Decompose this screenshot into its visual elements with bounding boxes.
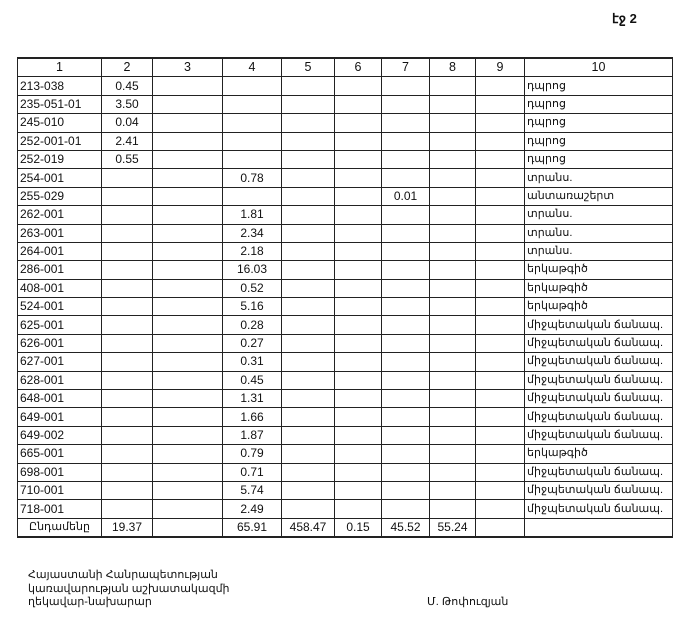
total-cell: 0.15 xyxy=(335,518,382,537)
area-cell xyxy=(382,353,430,371)
area-cell: 1.66 xyxy=(223,408,282,426)
area-cell xyxy=(282,445,335,463)
land-use-cell: միջպետական ճանապ. xyxy=(525,408,673,426)
land-use-cell: միջպետական ճանապ. xyxy=(525,463,673,481)
area-cell: 0.78 xyxy=(223,169,282,187)
area-cell xyxy=(223,150,282,168)
area-cell xyxy=(430,390,476,408)
plot-code-cell: 628-001 xyxy=(18,371,102,389)
area-cell xyxy=(335,445,382,463)
area-cell xyxy=(430,95,476,113)
area-cell xyxy=(335,279,382,297)
area-cell xyxy=(430,298,476,316)
area-cell xyxy=(102,298,153,316)
total-cell xyxy=(525,518,673,537)
land-use-cell: դպրոց xyxy=(525,77,673,95)
total-cell xyxy=(476,518,525,537)
column-header: 7 xyxy=(382,58,430,77)
area-cell xyxy=(335,224,382,242)
area-cell xyxy=(430,224,476,242)
area-cell xyxy=(335,114,382,132)
area-cell xyxy=(430,463,476,481)
column-header: 8 xyxy=(430,58,476,77)
area-cell: 5.16 xyxy=(223,298,282,316)
land-use-cell: միջպետական ճանապ. xyxy=(525,426,673,444)
area-cell xyxy=(282,224,335,242)
table-row: 710-0015.74միջպետական ճանապ. xyxy=(18,481,673,499)
area-cell xyxy=(102,206,153,224)
area-cell xyxy=(430,242,476,260)
area-cell: 0.01 xyxy=(382,187,430,205)
area-cell xyxy=(476,353,525,371)
area-cell xyxy=(430,187,476,205)
area-cell xyxy=(153,242,223,260)
plot-code-cell: 264-001 xyxy=(18,242,102,260)
area-cell xyxy=(382,481,430,499)
area-cell xyxy=(382,169,430,187)
table-row: 263-0012.34տրանս. xyxy=(18,224,673,242)
area-cell xyxy=(153,298,223,316)
area-cell xyxy=(223,187,282,205)
area-cell: 0.52 xyxy=(223,279,282,297)
area-cell xyxy=(476,481,525,499)
area-cell xyxy=(335,169,382,187)
area-cell xyxy=(430,279,476,297)
table-row: 628-0010.45միջպետական ճանապ. xyxy=(18,371,673,389)
table-row: 698-0010.71միջպետական ճանապ. xyxy=(18,463,673,481)
area-cell xyxy=(282,279,335,297)
area-cell xyxy=(382,77,430,95)
plot-code-cell: 718-001 xyxy=(18,500,102,518)
land-use-cell: դպրոց xyxy=(525,150,673,168)
table-row: 718-0012.49միջպետական ճանապ. xyxy=(18,500,673,518)
area-cell xyxy=(430,169,476,187)
table-row: 286-00116.03երկաթգիծ xyxy=(18,261,673,279)
area-cell xyxy=(282,408,335,426)
total-cell: 55.24 xyxy=(430,518,476,537)
land-use-cell: միջպետական ճանապ. xyxy=(525,334,673,352)
table-row: 524-0015.16երկաթգիծ xyxy=(18,298,673,316)
land-use-cell: երկաթգիծ xyxy=(525,261,673,279)
area-cell: 0.28 xyxy=(223,316,282,334)
column-header: 6 xyxy=(335,58,382,77)
area-cell: 2.34 xyxy=(223,224,282,242)
area-cell xyxy=(153,334,223,352)
area-cell xyxy=(476,206,525,224)
table-row: 665-0010.79երկաթգիծ xyxy=(18,445,673,463)
plot-code-cell: 263-001 xyxy=(18,224,102,242)
land-use-cell: միջպետական ճանապ. xyxy=(525,500,673,518)
land-use-cell: դպրոց xyxy=(525,114,673,132)
area-cell xyxy=(282,316,335,334)
area-cell xyxy=(223,95,282,113)
area-cell xyxy=(476,114,525,132)
area-cell xyxy=(382,206,430,224)
area-cell xyxy=(282,187,335,205)
area-cell xyxy=(382,298,430,316)
area-cell xyxy=(282,169,335,187)
area-cell xyxy=(382,334,430,352)
area-cell xyxy=(153,353,223,371)
area-cell xyxy=(382,95,430,113)
column-header: 3 xyxy=(153,58,223,77)
area-cell xyxy=(430,150,476,168)
plot-code-cell: 665-001 xyxy=(18,445,102,463)
plot-code-cell: 626-001 xyxy=(18,334,102,352)
area-cell xyxy=(430,426,476,444)
land-use-cell: միջպետական ճանապ. xyxy=(525,371,673,389)
total-cell: 19.37 xyxy=(102,518,153,537)
column-header: 10 xyxy=(525,58,673,77)
plot-code-cell: 286-001 xyxy=(18,261,102,279)
area-cell: 0.79 xyxy=(223,445,282,463)
area-cell xyxy=(335,316,382,334)
area-cell xyxy=(153,132,223,150)
area-cell xyxy=(476,242,525,260)
area-cell xyxy=(476,279,525,297)
area-cell xyxy=(382,390,430,408)
area-cell xyxy=(223,77,282,95)
area-cell xyxy=(382,426,430,444)
area-cell xyxy=(282,261,335,279)
area-cell: 3.50 xyxy=(102,95,153,113)
area-cell xyxy=(153,95,223,113)
table-row: 625-0010.28միջպետական ճանապ. xyxy=(18,316,673,334)
area-cell xyxy=(382,261,430,279)
area-cell xyxy=(153,408,223,426)
area-cell xyxy=(430,371,476,389)
land-plots-table: 12345678910213-0380.45դպրոց235-051-013.5… xyxy=(17,57,673,538)
plot-code-cell: 627-001 xyxy=(18,353,102,371)
area-cell: 1.81 xyxy=(223,206,282,224)
area-cell xyxy=(153,371,223,389)
area-cell xyxy=(335,426,382,444)
area-cell: 0.04 xyxy=(102,114,153,132)
table-row: 235-051-013.50դպրոց xyxy=(18,95,673,113)
area-cell xyxy=(153,206,223,224)
area-cell: 0.27 xyxy=(223,334,282,352)
table-row: 262-0011.81տրանս. xyxy=(18,206,673,224)
signatory-title-line: ղեկավար-նախարար xyxy=(28,596,230,610)
area-cell xyxy=(335,261,382,279)
area-cell xyxy=(282,242,335,260)
area-cell xyxy=(476,150,525,168)
plot-code-cell: 262-001 xyxy=(18,206,102,224)
area-cell: 0.71 xyxy=(223,463,282,481)
plot-code-cell: 524-001 xyxy=(18,298,102,316)
area-cell xyxy=(430,481,476,499)
area-cell xyxy=(335,77,382,95)
table-row: 648-0011.31միջպետական ճանապ. xyxy=(18,390,673,408)
area-cell xyxy=(282,426,335,444)
area-cell xyxy=(102,463,153,481)
area-cell: 1.87 xyxy=(223,426,282,444)
area-cell xyxy=(102,353,153,371)
area-cell xyxy=(382,371,430,389)
table-row: 254-0010.78տրանս. xyxy=(18,169,673,187)
area-cell xyxy=(153,279,223,297)
land-use-cell: երկաթգիծ xyxy=(525,445,673,463)
column-header: 4 xyxy=(223,58,282,77)
area-cell xyxy=(282,132,335,150)
area-cell xyxy=(430,334,476,352)
area-cell xyxy=(102,371,153,389)
area-cell xyxy=(102,408,153,426)
area-cell: 5.74 xyxy=(223,481,282,499)
total-cell: 45.52 xyxy=(382,518,430,537)
table-row: 264-0012.18տրանս. xyxy=(18,242,673,260)
plot-code-cell: 252-019 xyxy=(18,150,102,168)
area-cell xyxy=(335,132,382,150)
table-row: 213-0380.45դպրոց xyxy=(18,77,673,95)
table-row: 408-0010.52երկաթգիծ xyxy=(18,279,673,297)
land-use-cell: միջպետական ճանապ. xyxy=(525,481,673,499)
area-cell xyxy=(335,206,382,224)
area-cell xyxy=(382,316,430,334)
area-cell xyxy=(382,150,430,168)
area-cell xyxy=(102,445,153,463)
area-cell xyxy=(153,426,223,444)
area-cell xyxy=(335,242,382,260)
area-cell xyxy=(430,500,476,518)
area-cell xyxy=(382,408,430,426)
area-cell xyxy=(282,77,335,95)
area-cell xyxy=(153,187,223,205)
area-cell xyxy=(335,390,382,408)
area-cell xyxy=(153,500,223,518)
area-cell xyxy=(282,334,335,352)
total-cell xyxy=(153,518,223,537)
table-header-row: 12345678910 xyxy=(18,58,673,77)
area-cell xyxy=(476,334,525,352)
area-cell: 2.18 xyxy=(223,242,282,260)
area-cell: 2.49 xyxy=(223,500,282,518)
table-row: 649-0011.66միջպետական ճանապ. xyxy=(18,408,673,426)
area-cell xyxy=(153,390,223,408)
area-cell xyxy=(430,77,476,95)
area-cell xyxy=(476,371,525,389)
column-header: 9 xyxy=(476,58,525,77)
total-row: Ընդամենը19.3765.91458.470.1545.5255.24 xyxy=(18,518,673,537)
area-cell xyxy=(430,408,476,426)
area-cell xyxy=(102,334,153,352)
land-use-cell: դպրոց xyxy=(525,132,673,150)
area-cell xyxy=(102,481,153,499)
total-cell: 458.47 xyxy=(282,518,335,537)
area-cell xyxy=(282,481,335,499)
area-cell xyxy=(102,316,153,334)
area-cell xyxy=(153,463,223,481)
page-number-label: էջ 2 xyxy=(612,11,637,27)
column-header: 1 xyxy=(18,58,102,77)
plot-code-cell: 254-001 xyxy=(18,169,102,187)
area-cell xyxy=(102,187,153,205)
area-cell xyxy=(382,114,430,132)
table-row: 245-0100.04դպրոց xyxy=(18,114,673,132)
area-cell xyxy=(476,77,525,95)
plot-code-cell: 648-001 xyxy=(18,390,102,408)
area-cell xyxy=(153,77,223,95)
area-cell xyxy=(335,150,382,168)
area-cell xyxy=(335,95,382,113)
area-cell xyxy=(282,371,335,389)
signatory-name: Մ. Թոփուզյան xyxy=(427,595,508,608)
area-cell xyxy=(476,95,525,113)
land-use-cell: տրանս. xyxy=(525,242,673,260)
area-cell xyxy=(335,334,382,352)
area-cell: 0.31 xyxy=(223,353,282,371)
area-cell xyxy=(430,353,476,371)
area-cell xyxy=(430,206,476,224)
area-cell xyxy=(282,206,335,224)
signatory-title: Հայաստանի Հանրապետության կառավարության ա… xyxy=(28,569,230,610)
land-use-cell: միջպետական ճանապ. xyxy=(525,353,673,371)
column-header: 5 xyxy=(282,58,335,77)
area-cell: 0.55 xyxy=(102,150,153,168)
area-cell xyxy=(153,150,223,168)
land-use-cell: միջպետական ճանապ. xyxy=(525,390,673,408)
land-use-cell: տրանս. xyxy=(525,224,673,242)
table-row: 649-0021.87միջպետական ճանապ. xyxy=(18,426,673,444)
plot-code-cell: 255-029 xyxy=(18,187,102,205)
table-row: 252-001-012.41դպրոց xyxy=(18,132,673,150)
area-cell xyxy=(153,114,223,132)
area-cell xyxy=(102,390,153,408)
area-cell xyxy=(153,261,223,279)
area-cell xyxy=(476,408,525,426)
area-cell: 0.45 xyxy=(223,371,282,389)
area-cell xyxy=(382,500,430,518)
area-cell xyxy=(382,279,430,297)
area-cell xyxy=(382,132,430,150)
land-use-cell: դպրոց xyxy=(525,95,673,113)
area-cell xyxy=(282,463,335,481)
land-use-cell: տրանս. xyxy=(525,206,673,224)
area-cell xyxy=(430,132,476,150)
total-label: Ընդամենը xyxy=(18,518,102,537)
area-cell xyxy=(476,298,525,316)
area-cell xyxy=(335,463,382,481)
land-use-cell: տրանս. xyxy=(525,169,673,187)
area-cell xyxy=(476,463,525,481)
area-cell xyxy=(430,316,476,334)
land-use-cell: միջպետական ճանապ. xyxy=(525,316,673,334)
plot-code-cell: 625-001 xyxy=(18,316,102,334)
area-cell: 16.03 xyxy=(223,261,282,279)
area-cell xyxy=(102,500,153,518)
area-cell: 2.41 xyxy=(102,132,153,150)
area-cell xyxy=(102,261,153,279)
area-cell xyxy=(102,242,153,260)
total-cell: 65.91 xyxy=(223,518,282,537)
area-cell xyxy=(153,169,223,187)
area-cell xyxy=(430,114,476,132)
area-cell xyxy=(382,242,430,260)
plot-code-cell: 245-010 xyxy=(18,114,102,132)
area-cell xyxy=(382,463,430,481)
area-cell xyxy=(476,426,525,444)
plot-code-cell: 235-051-01 xyxy=(18,95,102,113)
column-header: 2 xyxy=(102,58,153,77)
table-row: 626-0010.27միջպետական ճանապ. xyxy=(18,334,673,352)
plot-code-cell: 252-001-01 xyxy=(18,132,102,150)
area-cell xyxy=(102,169,153,187)
area-cell xyxy=(335,298,382,316)
plot-code-cell: 649-002 xyxy=(18,426,102,444)
area-cell xyxy=(335,408,382,426)
area-cell xyxy=(335,481,382,499)
area-cell xyxy=(382,224,430,242)
table-row: 252-0190.55դպրոց xyxy=(18,150,673,168)
area-cell xyxy=(282,95,335,113)
area-cell xyxy=(476,390,525,408)
area-cell xyxy=(153,316,223,334)
area-cell xyxy=(476,445,525,463)
area-cell xyxy=(476,500,525,518)
signatory-title-line: կառավարության աշխատակազմի xyxy=(28,583,230,597)
area-cell xyxy=(102,279,153,297)
area-cell xyxy=(430,445,476,463)
area-cell: 1.31 xyxy=(223,390,282,408)
area-cell xyxy=(153,481,223,499)
area-cell xyxy=(102,426,153,444)
area-cell xyxy=(476,261,525,279)
area-cell xyxy=(335,353,382,371)
area-cell xyxy=(335,371,382,389)
plot-code-cell: 649-001 xyxy=(18,408,102,426)
area-cell xyxy=(153,445,223,463)
plot-code-cell: 710-001 xyxy=(18,481,102,499)
area-cell xyxy=(476,224,525,242)
area-cell xyxy=(476,132,525,150)
area-cell xyxy=(282,500,335,518)
area-cell xyxy=(282,114,335,132)
area-cell: 0.45 xyxy=(102,77,153,95)
area-cell xyxy=(282,353,335,371)
area-cell xyxy=(335,500,382,518)
area-cell xyxy=(102,224,153,242)
area-cell xyxy=(382,445,430,463)
area-cell xyxy=(476,316,525,334)
area-cell xyxy=(282,298,335,316)
land-use-cell: երկաթգիծ xyxy=(525,279,673,297)
land-use-cell: երկաթգիծ xyxy=(525,298,673,316)
area-cell xyxy=(153,224,223,242)
area-cell xyxy=(476,187,525,205)
signatory-title-line: Հայաստանի Հանրապետության xyxy=(28,569,230,583)
table-row: 627-0010.31միջպետական ճանապ. xyxy=(18,353,673,371)
plot-code-cell: 408-001 xyxy=(18,279,102,297)
area-cell xyxy=(223,132,282,150)
plot-code-cell: 213-038 xyxy=(18,77,102,95)
land-use-cell: անտառաշերտ xyxy=(525,187,673,205)
area-cell xyxy=(335,187,382,205)
area-cell xyxy=(282,150,335,168)
plot-code-cell: 698-001 xyxy=(18,463,102,481)
area-cell xyxy=(223,114,282,132)
area-cell xyxy=(430,261,476,279)
area-cell xyxy=(476,169,525,187)
area-cell xyxy=(282,390,335,408)
table-row: 255-0290.01անտառաշերտ xyxy=(18,187,673,205)
